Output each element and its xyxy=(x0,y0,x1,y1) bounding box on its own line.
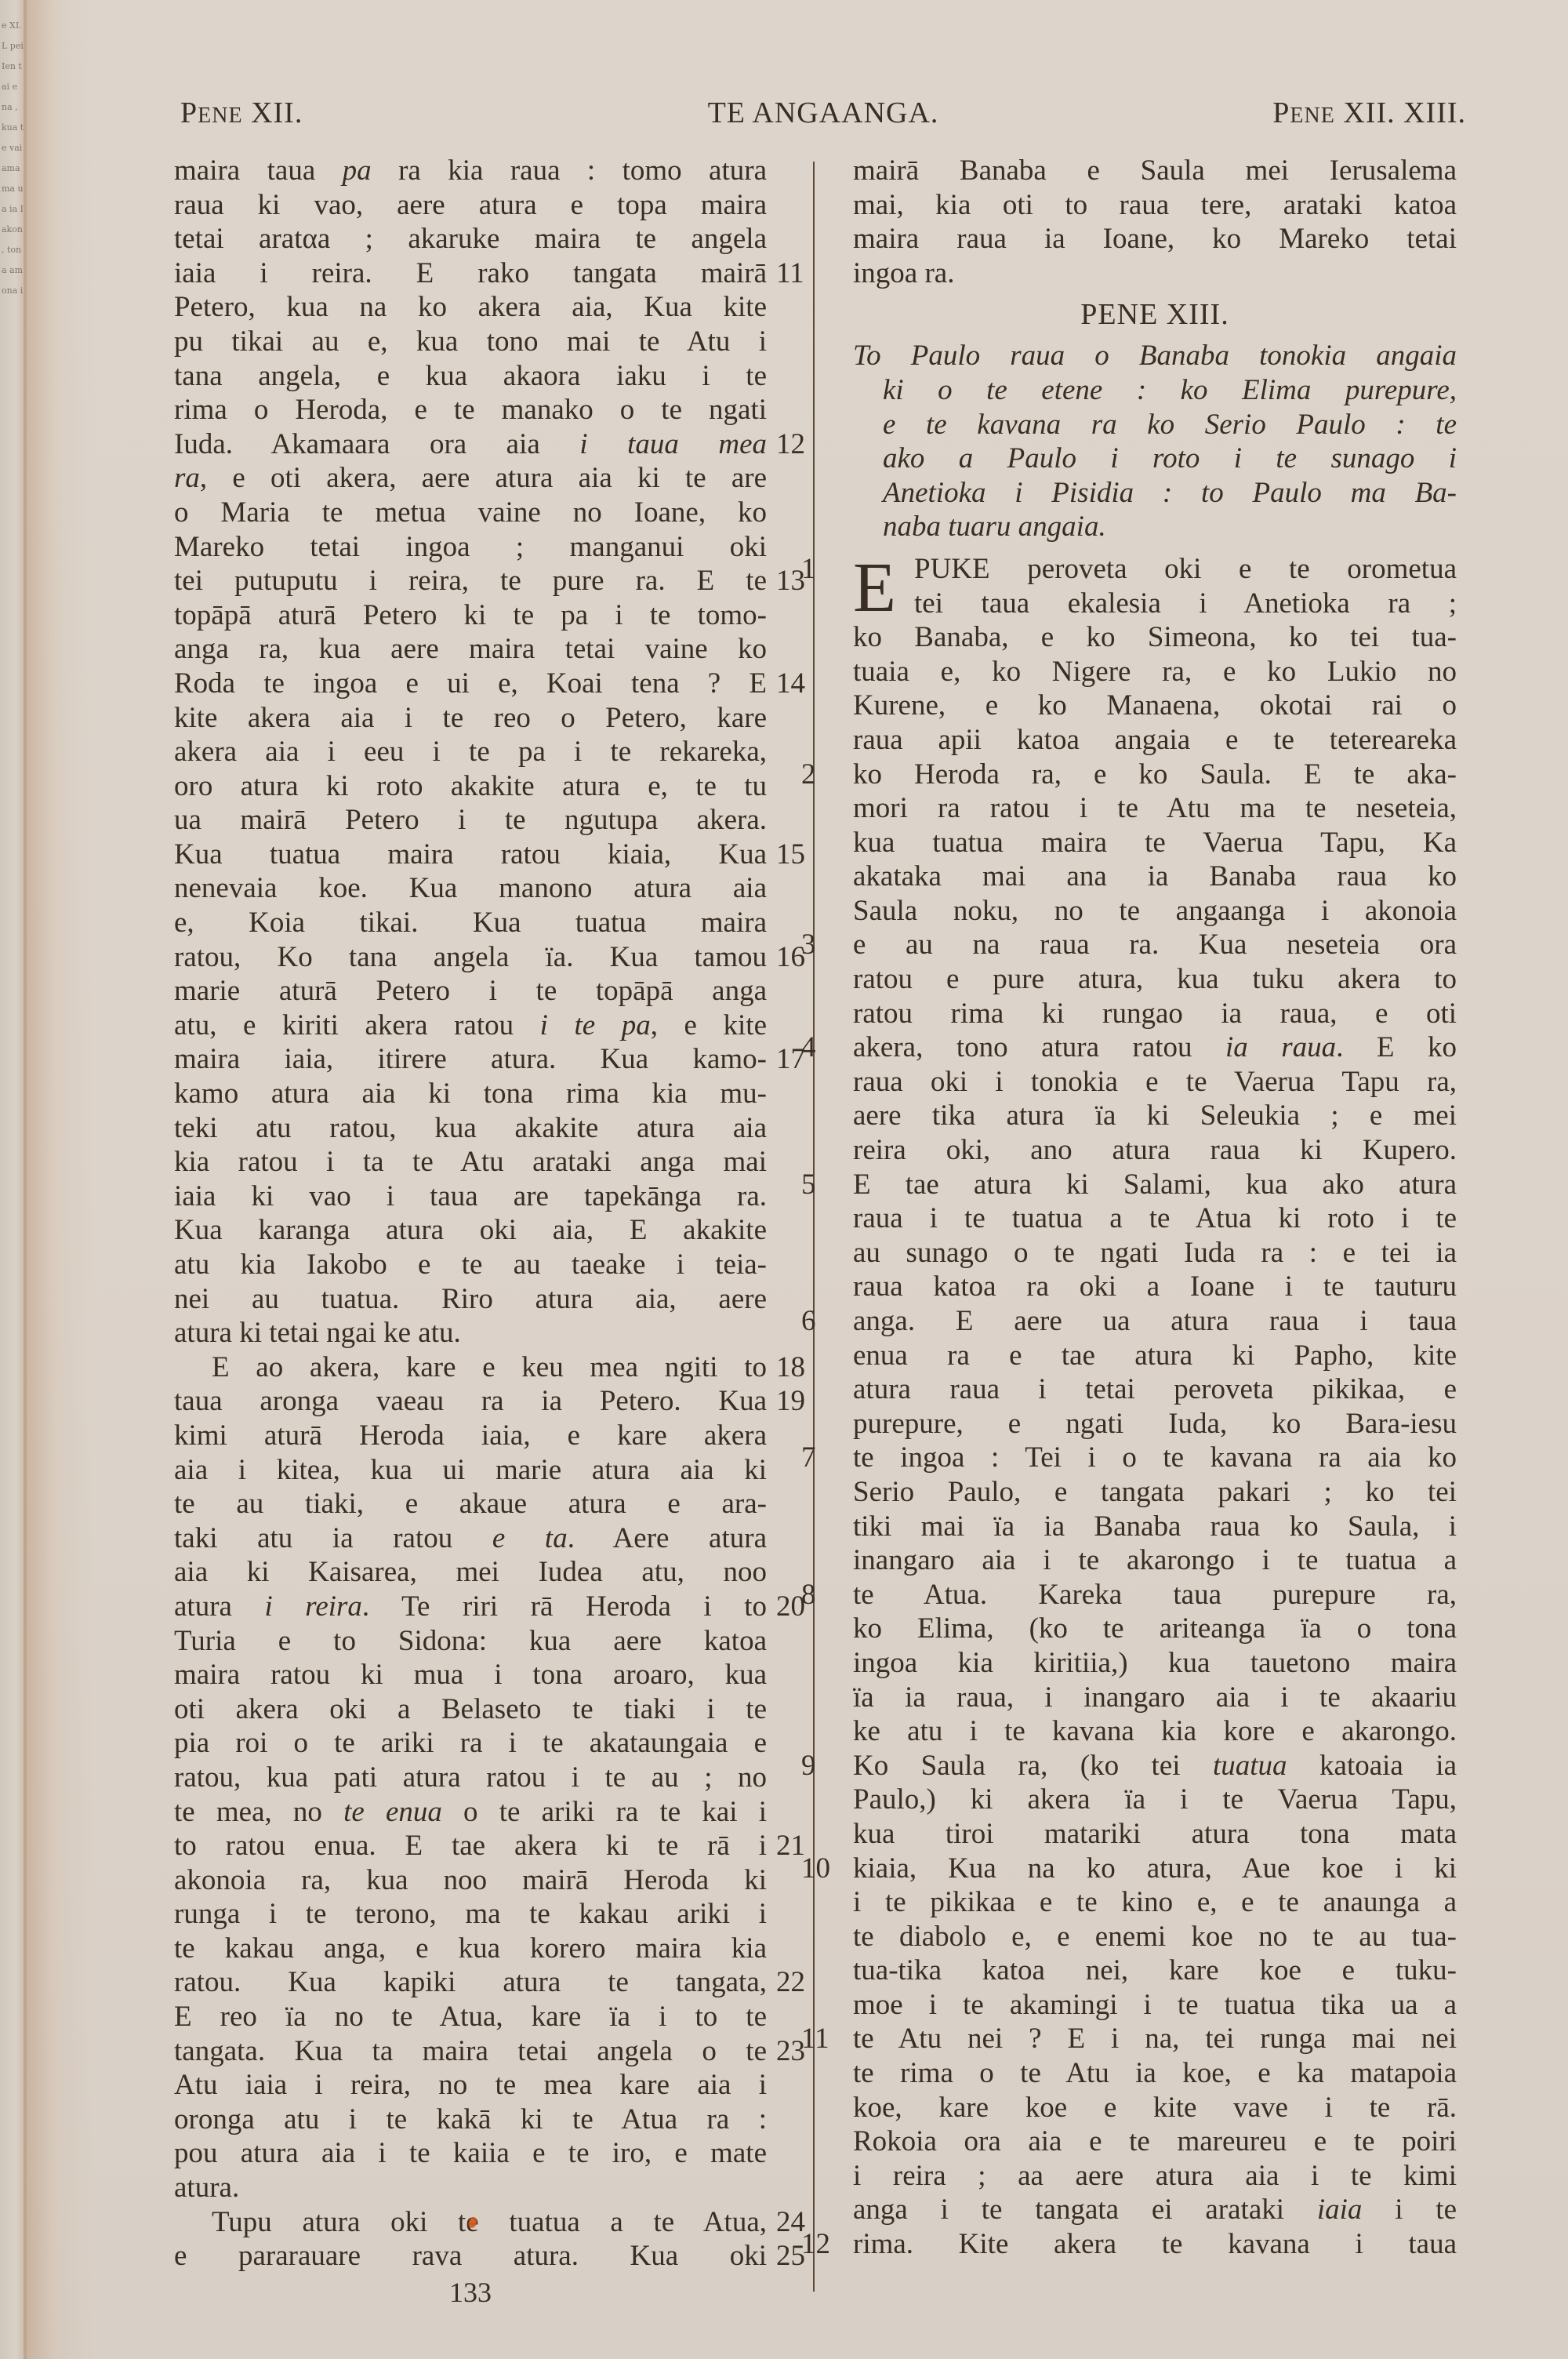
text-line: anga ra, kua aere maira tetai vaine ko xyxy=(174,632,767,667)
line-text: Iuda. Akamaara ora aia i taua mea xyxy=(174,428,767,460)
line-text: maira taua pa ra kia raua : tomo atura xyxy=(174,154,767,187)
line-text: kua tuatua maira te Vaerua Tapu, Ka xyxy=(853,827,1457,859)
text-line: Petero, kua na ko akera aia, Kua kite xyxy=(174,290,767,325)
verse-number: 12 xyxy=(776,427,823,462)
line-text: tana angela, e kua akaora iaku i te xyxy=(174,360,767,392)
verse-number: 9 xyxy=(801,1749,842,1783)
text-line: taua aronga vaeau ra ia Petero. Kua19 xyxy=(174,1384,767,1419)
summary-line: e te kavana ra ko Serio Paulo : te xyxy=(853,408,1457,442)
line-text: atura. xyxy=(174,2172,239,2204)
line-text: rima o Heroda, e te manako o te ngati xyxy=(174,394,767,426)
line-text: e pararauare rava atura. Kua oki xyxy=(174,2240,767,2272)
line-text: akonoia ra, kua noo mairā Heroda ki xyxy=(174,1864,767,1896)
text-line: ingoa kia kiritiia,) kua tauetono maira xyxy=(853,1646,1457,1681)
line-text: aia ki Kaisarea, mei Iudea atu, noo xyxy=(174,1556,767,1588)
text-line: mairā Banaba e Saula mei Ierusalema xyxy=(853,154,1457,188)
text-line: akonoia ra, kua noo mairā Heroda ki xyxy=(174,1863,767,1898)
line-text: anga. E aere ua atura raua i taua xyxy=(853,1305,1457,1337)
line-text: runga i te terono, ma te kakau ariki i xyxy=(174,1898,767,1930)
line-text: PUKE peroveta oki e te orometua xyxy=(914,553,1457,585)
text-line: kite akera aia i te reo o Petero, kare xyxy=(174,701,767,736)
line-text: Mareko tetai ingoa ; manganui oki xyxy=(174,531,767,563)
text-line: maira taua pa ra kia raua : tomo atura xyxy=(174,154,767,188)
text-line: teki atu ratou, kua akakite atura aia xyxy=(174,1111,767,1146)
text-line: te Atua. Kareka taua purepure ra,8 xyxy=(853,1578,1457,1612)
text-line: tua-tika katoa nei, kare koe e tuku- xyxy=(853,1954,1457,1988)
text-line: raua ki vao, aere atura e topa maira xyxy=(174,188,767,223)
line-text: atu kia Iakobo e te au taeake i teia- xyxy=(174,1249,767,1281)
verse-number: 11 xyxy=(801,2022,842,2056)
line-text: teki atu ratou, kua akakite atura aia xyxy=(174,1112,767,1144)
line-text: kua tiroi matariki atura tona mata xyxy=(853,1818,1457,1850)
text-line: tuaia e, ko Nigere ra, e ko Lukio no xyxy=(853,655,1457,689)
line-text: ke atu i te kavana kia kore e akarongo. xyxy=(853,1715,1457,1747)
text-line: e au na raua ra. Kua neseteia ora3 xyxy=(853,928,1457,962)
text-line: ïa ia raua, i inangaro aia i te akaariu xyxy=(853,1681,1457,1715)
verse-number: 7 xyxy=(801,1441,842,1475)
line-text: kiaia, Kua na ko atura, Aue koe i ki xyxy=(853,1852,1457,1885)
line-text: kamo atura aia ki tona rima kia mu- xyxy=(174,1078,767,1110)
verse-number: 12 xyxy=(801,2227,842,2262)
verse-number: 14 xyxy=(776,667,823,701)
text-line: tana angela, e kua akaora iaku i te xyxy=(174,359,767,394)
chapter-title: PENE XIII. xyxy=(853,295,1457,334)
line-text: te ingoa : Tei i o te kavana ra aia ko xyxy=(853,1441,1457,1474)
italic-text: i reira xyxy=(264,1590,361,1623)
verse-number: 5 xyxy=(801,1168,842,1202)
verse-1-line-1: 1 E PUKE peroveta oki e te orometua xyxy=(853,552,1457,587)
line-text: ko Elima, (ko te ariteanga ïa o tona xyxy=(853,1612,1457,1645)
summary-line: naba tuaru angaia. xyxy=(853,510,1457,544)
text-line: oronga atu i te kakā ki te Atua ra : xyxy=(174,2103,767,2137)
text-line: maira ratou ki mua i tona aroaro, kua xyxy=(174,1658,767,1692)
text-line: aere tika atura ïa ki Seleukia ; e mei xyxy=(853,1099,1457,1133)
line-text: i te pikikaa e te kino e, e te anaunga a xyxy=(853,1886,1457,1918)
line-text: ratou. Kua kapiki atura te tangata, xyxy=(174,1966,767,1998)
line-text: moe i te akamingi i te tuatua tika ua a xyxy=(853,1989,1457,2021)
text-line: pu tikai au e, kua tono mai te Atu i xyxy=(174,325,767,359)
line-text: raua i te tuatua a te Atua ki roto i te xyxy=(853,1202,1457,1234)
text-line: Atu iaia i reira, no te mea kare aia i xyxy=(174,2068,767,2103)
text-line: ratou. Kua kapiki atura te tangata,22 xyxy=(174,1965,767,2000)
line-text: e, Koia tikai. Kua tuatua maira xyxy=(174,907,767,939)
italic-text: ia raua xyxy=(1225,1031,1336,1063)
text-line: oti akera oki a Belaseto te tiaki i te xyxy=(174,1692,767,1727)
line-text: marie aturā Petero i te topāpā anga xyxy=(174,975,767,1007)
line-text: ratou rima ki rungao ia raua, e oti xyxy=(853,998,1457,1030)
line-text: Atu iaia i reira, no te mea kare aia i xyxy=(174,2069,767,2101)
line-text: aia i kitea, kua ui marie atura aia ki xyxy=(174,1454,767,1486)
text-line: raua apii katoa angaia e te tetereareka xyxy=(853,723,1457,758)
text-line: tei putuputu i reira, te pure ra. E te13 xyxy=(174,564,767,598)
chapter-12-ending: mairā Banaba e Saula mei Ierusalemamai, … xyxy=(853,154,1457,290)
text-line: Ko Saula ra, (ko tei tuatua katoaia ia9 xyxy=(853,1749,1457,1783)
line-text: ua mairā Petero i te ngutupa akera. xyxy=(174,804,767,836)
line-text: akataka mai ana ia Banaba raua ko xyxy=(853,860,1457,892)
verse-number: 18 xyxy=(776,1350,823,1385)
text-line: akera aia i eeu i te pa i te rekareka, xyxy=(174,735,767,769)
line-text: ïa ia raua, i inangaro aia i te akaariu xyxy=(853,1681,1457,1714)
text-line: to ratou enua. E tae akera ki te rā i21 xyxy=(174,1829,767,1863)
text-line: atura ki tetai ngai ke atu. xyxy=(174,1316,767,1350)
text-line: ratou, kua pati atura ratou i te au ; no xyxy=(174,1761,767,1795)
text-line: nei au tuatua. Riro atura aia, aere xyxy=(174,1282,767,1317)
left-column: maira taua pa ra kia raua : tomo aturara… xyxy=(174,154,767,2274)
line-text: taki atu ia ratou e ta. Aere atura xyxy=(174,1522,767,1554)
line-text: nei au tuatua. Riro atura aia, aere xyxy=(174,1283,767,1315)
line-text: raua katoa ra oki a Ioane i te tauturu xyxy=(853,1270,1457,1303)
text-line: aia i kitea, kua ui marie atura aia ki xyxy=(174,1453,767,1488)
line-text: Serio Paulo, e tangata pakari ; ko tei xyxy=(853,1476,1457,1508)
line-text: ratou e pure atura, kua tuku akera to xyxy=(853,963,1457,995)
line-text: maira raua ia Ioane, ko Mareko tetai xyxy=(853,223,1457,255)
verse-number: 4 xyxy=(801,1030,842,1065)
italic-text: iaia xyxy=(1317,2194,1363,2226)
text-line: E reo ïa no te Atua, kare ïa i to te xyxy=(174,2000,767,2034)
text-line: pia roi o te ariki ra i te akataungaia e xyxy=(174,1726,767,1761)
text-line: iaia ki vao i taua are tapekānga ra. xyxy=(174,1179,767,1214)
line-text: pou atura aia i te kaiia e te iro, e mat… xyxy=(174,2137,767,2169)
text-line: koe, kare koe e kite vave i te rā. xyxy=(853,2091,1457,2125)
text-line: ra, e oti akera, aere atura aia ki te ar… xyxy=(174,461,767,496)
text-line: i reira ; aa aere atura aia i te kimi xyxy=(853,2159,1457,2194)
text-line: iaia i reira. E rako tangata mairā11 xyxy=(174,256,767,291)
text-line: tangata. Kua ta maira tetai angela o te2… xyxy=(174,2034,767,2069)
verse-number: 15 xyxy=(776,838,823,872)
text-line: akera, tono atura ratou ia raua. E ko4 xyxy=(853,1030,1457,1065)
text-line: runga i te terono, ma te kakau ariki i xyxy=(174,1897,767,1932)
italic-text: pa xyxy=(343,154,372,187)
text-line: o Maria te metua vaine no Ioane, ko xyxy=(174,496,767,530)
text-line: rima. Kite akera te kavana i taua12 xyxy=(853,2227,1457,2262)
text-line: kimi aturā Heroda iaia, e kare akera xyxy=(174,1419,767,1453)
line-text: mai, kia oti to raua tere, arataki katoa xyxy=(853,189,1457,221)
text-line: te rima o te Atu ia koe, e ka matapoia xyxy=(853,2056,1457,2091)
text-line: Serio Paulo, e tangata pakari ; ko tei xyxy=(853,1475,1457,1510)
line-text: anga i te tangata ei arataki iaia i te xyxy=(853,2194,1457,2226)
text-line: Kurene, e ko Manaena, okotai rai o xyxy=(853,689,1457,723)
text-line: raua oki i tonokia e te Vaerua Tapu ra, xyxy=(853,1065,1457,1100)
line-text: ko Heroda ra, e ko Saula. E te aka- xyxy=(853,758,1457,791)
facing-page-text-fragment: e XI. L pei Ien tai e na , kua te vai am… xyxy=(2,16,25,298)
line-text: ko Banaba, e ko Simeona, ko tei tua- xyxy=(853,621,1457,653)
line-text: te diabolo e, e enemi koe no te au tua- xyxy=(853,1921,1457,1953)
text-line: mori ra ratou i te Atu ma te neseteia, xyxy=(853,791,1457,826)
line-text: E reo ïa no te Atua, kare ïa i to te xyxy=(174,2001,767,2033)
line-text: taua aronga vaeau ra ia Petero. Kua xyxy=(174,1385,767,1417)
text-line: kiaia, Kua na ko atura, Aue koe i ki10 xyxy=(853,1852,1457,1886)
summary-line: To Paulo raua o Banaba tonokia angaia xyxy=(853,339,1457,373)
line-text: Roda te ingoa e ui e, Koai tena ? E xyxy=(174,667,767,700)
text-line: inangaro aia i te akarongo i te tuatua a xyxy=(853,1543,1457,1578)
text-line: te ingoa : Tei i o te kavana ra aia ko7 xyxy=(853,1441,1457,1475)
text-line: te diabolo e, e enemi koe no te au tua- xyxy=(853,1920,1457,1954)
text-line: ko Elima, (ko te ariteanga ïa o tona xyxy=(853,1612,1457,1646)
line-text: tetai aratαa ; akaruke maira te angela xyxy=(174,223,767,255)
line-text: te au tiaki, e akaue atura e ara- xyxy=(174,1488,767,1520)
line-text: iaia i reira. E rako tangata mairā xyxy=(174,257,767,289)
line-text: Rokoia ora aia e te mareureu e te poiri xyxy=(853,2125,1457,2157)
line-text: koe, kare koe e kite vave i te rā. xyxy=(853,2092,1457,2124)
text-line: pou atura aia i te kaiia e te iro, e mat… xyxy=(174,2136,767,2171)
text-line: aia ki Kaisarea, mei Iudea atu, noo xyxy=(174,1555,767,1590)
line-text: te rima o te Atu ia koe, e ka matapoia xyxy=(853,2057,1457,2089)
line-text: akera aia i eeu i te pa i te rekareka, xyxy=(174,736,767,768)
text-line: e, Koia tikai. Kua tuatua maira xyxy=(174,906,767,940)
line-text: Petero, kua na ko akera aia, Kua kite xyxy=(174,291,767,323)
text-line: topāpā aturā Petero ki te pa i te tomo- xyxy=(174,598,767,633)
verse-number: 3 xyxy=(801,928,842,962)
text-line: oro atura ki roto akakite atura e, te tu xyxy=(174,769,767,804)
line-text: anga ra, kua aere maira tetai vaine ko xyxy=(174,633,767,665)
line-text: oro atura ki roto akakite atura e, te tu xyxy=(174,770,767,802)
text-line: kua tiroi matariki atura tona mata xyxy=(853,1817,1457,1852)
text-line: E tae atura ki Salami, kua ako atura5 xyxy=(853,1168,1457,1202)
line-text: oronga atu i te kakā ki te Atua ra : xyxy=(174,2103,767,2135)
verse-number: 8 xyxy=(801,1578,842,1612)
text-line: enua ra e tae atura ki Papho, kite xyxy=(853,1339,1457,1373)
line-text: tuaia e, ko Nigere ra, e ko Lukio no xyxy=(853,656,1457,688)
text-line: anga i te tangata ei arataki iaia i te xyxy=(853,2193,1457,2227)
text-line: raua i te tuatua a te Atua ki roto i te xyxy=(853,1201,1457,1236)
text-line: tetai aratαa ; akaruke maira te angela xyxy=(174,222,767,256)
italic-text: tuatua xyxy=(1213,1750,1287,1782)
running-head-right: PENE XII. XIII. xyxy=(1272,96,1466,130)
line-text: Kua tuatua maira ratou kiaia, Kua xyxy=(174,838,767,871)
text-line: Turia e to Sidona: kua aere katoa xyxy=(174,1624,767,1659)
line-text: inangaro aia i te akarongo i te tuatua a xyxy=(853,1544,1457,1576)
line-text: o Maria te metua vaine no Ioane, ko xyxy=(174,496,767,529)
running-head: PENE XII. TE ANGAANGA. PENE XII. XIII. xyxy=(180,96,1466,135)
text-line: atura i reira. Te riri rā Heroda i to20 xyxy=(174,1590,767,1624)
text-line: akataka mai ana ia Banaba raua ko xyxy=(853,860,1457,894)
line-text: i reira ; aa aere atura aia i te kimi xyxy=(853,2160,1457,2192)
verse-number: 2 xyxy=(801,758,842,792)
text-line: anga. E aere ua atura raua i taua6 xyxy=(853,1304,1457,1339)
line-text: raua apii katoa angaia e te tetereareka xyxy=(853,724,1457,756)
text-line: Iuda. Akamaara ora aia i taua mea12 xyxy=(174,427,767,462)
verse-number: 1 xyxy=(801,552,842,587)
summary-line: ako a Paulo i roto i te sunago i xyxy=(853,442,1457,476)
line-text: pia roi o te ariki ra i te akataungaia e xyxy=(174,1727,767,1759)
text-line: te au tiaki, e akaue atura e ara- xyxy=(174,1487,767,1521)
line-text: Kurene, e ko Manaena, okotai rai o xyxy=(853,689,1457,722)
line-text: mori ra ratou i te Atu ma te neseteia, xyxy=(853,792,1457,824)
text-line: ke atu i te kavana kia kore e akarongo. xyxy=(853,1714,1457,1749)
line-text: reira oki, ano atura raua ki Kupero. xyxy=(853,1134,1457,1166)
verse-number: 19 xyxy=(776,1384,823,1419)
verse-number: 22 xyxy=(776,1965,823,2000)
verse-number: 11 xyxy=(776,256,823,291)
text-line: te mea, no te enua o te ariki ra te kai … xyxy=(174,1795,767,1830)
line-text: maira iaia, itirere atura. Kua kamo- xyxy=(174,1043,767,1075)
page-number: 133 xyxy=(174,2276,767,2309)
text-line: Kua karanga atura oki aia, E akakite xyxy=(174,1213,767,1248)
chapter-summary: To Paulo raua o Banaba tonokia angaiaki … xyxy=(853,339,1457,544)
text-line: kia ratou i ta te Atu arataki anga mai xyxy=(174,1145,767,1179)
line-text: ingoa kia kiritiia,) kua tauetono maira xyxy=(853,1647,1457,1679)
line-text: purepure, e ngati Iuda, ko Bara-iesu xyxy=(853,1408,1457,1440)
text-line: purepure, e ngati Iuda, ko Bara-iesu xyxy=(853,1407,1457,1441)
line-text: tiki mai ïa ia Banaba raua ko Saula, i xyxy=(853,1510,1457,1543)
text-line: Roda te ingoa e ui e, Koai tena ? E14 xyxy=(174,667,767,701)
line-text: kia ratou i ta te Atu arataki anga mai xyxy=(174,1146,767,1178)
line-text: atu, e kiriti akera ratou i te pa, e kit… xyxy=(174,1009,767,1041)
line-text: ratou, kua pati atura ratou i te au ; no xyxy=(174,1761,767,1794)
line-text: aere tika atura ïa ki Seleukia ; e mei xyxy=(853,1100,1457,1132)
text-line: Paulo,) ki akera ïa i te Vaerua Tapu, xyxy=(853,1783,1457,1817)
italic-text: e ta xyxy=(492,1522,568,1554)
line-text: akera, tono atura ratou ia raua. E ko xyxy=(853,1031,1457,1063)
text-line: marie aturā Petero i te topāpā anga xyxy=(174,974,767,1009)
text-line: Mareko tetai ingoa ; manganui oki xyxy=(174,530,767,565)
line-text: tangata. Kua ta maira tetai angela o te xyxy=(174,2035,767,2067)
text-line: moe i te akamingi i te tuatua tika ua a xyxy=(853,1988,1457,2023)
line-text: raua oki i tonokia e te Vaerua Tapu ra, xyxy=(853,1066,1457,1098)
line-text: Kua karanga atura oki aia, E akakite xyxy=(174,1214,767,1246)
text-line: maira iaia, itirere atura. Kua kamo-17 xyxy=(174,1042,767,1077)
facing-page-edge: e XI. L pei Ien tai e na , kua te vai am… xyxy=(0,0,27,2359)
line-text: tua-tika katoa nei, kare koe e tuku- xyxy=(853,1954,1457,1986)
text-line: ratou rima ki rungao ia raua, e oti xyxy=(853,997,1457,1031)
text-line: rima o Heroda, e te manako o te ngati xyxy=(174,393,767,427)
gutter-shadow xyxy=(24,0,94,2359)
text-line: taki atu ia ratou e ta. Aere atura xyxy=(174,1521,767,1556)
line-text: atura ki tetai ngai ke atu. xyxy=(174,1317,461,1349)
text-line: atura raua i tetai peroveta pikikaa, e xyxy=(853,1372,1457,1407)
text-line: e pararauare rava atura. Kua oki25 xyxy=(174,2239,767,2274)
text-line: ingoa ra. xyxy=(853,256,1457,291)
chapter-13-text: ko Banaba, e ko Simeona, ko tei tua-tuai… xyxy=(853,620,1457,2262)
line-text: E tae atura ki Salami, kua ako atura xyxy=(853,1169,1457,1201)
line-text: iaia ki vao i taua are tapekānga ra. xyxy=(174,1180,767,1212)
text-line: kua tuatua maira te Vaerua Tapu, Ka xyxy=(853,826,1457,860)
text-line: au sunago o te ngati Iuda ra : e tei ia xyxy=(853,1236,1457,1270)
text-line: tiki mai ïa ia Banaba raua ko Saula, i xyxy=(853,1510,1457,1544)
text-line: ko Heroda ra, e ko Saula. E te aka-2 xyxy=(853,758,1457,792)
line-text: raua ki vao, aere atura e topa maira xyxy=(174,189,767,221)
text-line: Saula noku, no te angaanga i akonoia xyxy=(853,894,1457,929)
text-line: kamo atura aia ki tona rima kia mu- xyxy=(174,1077,767,1111)
line-text: Tupu atura oki te tuatua a te Atua, xyxy=(212,2206,767,2238)
line-text: pu tikai au e, kua tono mai te Atu i xyxy=(174,325,767,358)
line-text: kite akera aia i te reo o Petero, kare xyxy=(174,702,767,734)
text-line: ratou e pure atura, kua tuku akera to xyxy=(853,962,1457,997)
summary-line: Anetioka i Pisidia : to Paulo ma Ba- xyxy=(853,476,1457,511)
line-text: atura i reira. Te riri rā Heroda i to xyxy=(174,1590,767,1623)
text-line: E ao akera, kare e keu mea ngiti to18 xyxy=(174,1350,767,1385)
line-text: E ao akera, kare e keu mea ngiti to xyxy=(212,1351,767,1383)
text-line: reira oki, ano atura raua ki Kupero. xyxy=(853,1133,1457,1168)
line-text: tei putuputu i reira, te pure ra. E te xyxy=(174,565,767,597)
verse-number: 10 xyxy=(801,1852,842,1886)
text-line: mai, kia oti to raua tere, arataki katoa xyxy=(853,188,1457,223)
text-line: atu, e kiriti akera ratou i te pa, e kit… xyxy=(174,1009,767,1043)
line-text: Saula noku, no te angaanga i akonoia xyxy=(853,895,1457,927)
line-text: au sunago o te ngati Iuda ra : e tei ia xyxy=(853,1237,1457,1269)
text-line: Rokoia ora aia e te mareureu e te poiri xyxy=(853,2125,1457,2159)
text-line: te kakau anga, e kua korero maira kia xyxy=(174,1932,767,1966)
text-line: te Atu nei ? E i na, tei runga mai nei11 xyxy=(853,2022,1457,2056)
verse-1-line-2: tei taua ekalesia i Anetioka ra ; xyxy=(853,587,1457,621)
italic-text: ra xyxy=(174,462,200,494)
italic-text: te enua xyxy=(343,1796,442,1828)
line-text: ingoa ra. xyxy=(853,257,954,289)
line-text: Paulo,) ki akera ïa i te Vaerua Tapu, xyxy=(853,1783,1457,1816)
line-text: maira ratou ki mua i tona aroaro, kua xyxy=(174,1659,767,1691)
line-text: te kakau anga, e kua korero maira kia xyxy=(174,1932,767,1965)
summary-line: ki o te etene : ko Elima purepure, xyxy=(853,373,1457,408)
text-line: ua mairā Petero i te ngutupa akera. xyxy=(174,803,767,838)
text-line: raua katoa ra oki a Ioane i te tauturu xyxy=(853,1270,1457,1304)
line-text: Ko Saula ra, (ko tei tuatua katoaia ia xyxy=(853,1750,1457,1782)
text-line: ratou, Ko tana angela ïa. Kua tamou16 xyxy=(174,940,767,975)
line-text: rima. Kite akera te kavana i taua xyxy=(853,2228,1457,2260)
line-text: te Atua. Kareka taua purepure ra, xyxy=(853,1579,1457,1611)
line-text: kimi aturā Heroda iaia, e kare akera xyxy=(174,1419,767,1452)
text-line: nenevaia koe. Kua manono atura aia xyxy=(174,871,767,906)
line-text: Turia e to Sidona: kua aere katoa xyxy=(174,1625,767,1657)
line-text: ra, e oti akera, aere atura aia ki te ar… xyxy=(174,462,767,494)
text-line: maira raua ia Ioane, ko Mareko tetai xyxy=(853,222,1457,256)
verse-number: 6 xyxy=(801,1304,842,1339)
line-text: te Atu nei ? E i na, tei runga mai nei xyxy=(853,2023,1457,2055)
text-line: ko Banaba, e ko Simeona, ko tei tua- xyxy=(853,620,1457,655)
text-line: atu kia Iakobo e te au taeake i teia- xyxy=(174,1248,767,1282)
line-text: te mea, no te enua o te ariki ra te kai … xyxy=(174,1796,767,1828)
text-line: i te pikikaa e te kino e, e te anaunga a xyxy=(853,1885,1457,1920)
text-line: Kua tuatua maira ratou kiaia, Kua15 xyxy=(174,838,767,872)
text-line: atura. xyxy=(174,2171,767,2205)
line-text: enua ra e tae atura ki Papho, kite xyxy=(853,1339,1457,1372)
line-text: nenevaia koe. Kua manono atura aia xyxy=(174,872,767,904)
right-column: mairā Banaba e Saula mei Ierusalemamai, … xyxy=(853,154,1457,2262)
line-text: topāpā aturā Petero ki te pa i te tomo- xyxy=(174,599,767,631)
line-text: mairā Banaba e Saula mei Ierusalema xyxy=(853,154,1457,187)
line-text: ratou, Ko tana angela ïa. Kua tamou xyxy=(174,941,767,973)
line-text: to ratou enua. E tae akera ki te rā i xyxy=(174,1830,767,1862)
italic-text: i te pa xyxy=(540,1009,651,1041)
line-text: e au na raua ra. Kua neseteia ora xyxy=(853,929,1457,961)
italic-text: i taua mea xyxy=(579,428,767,460)
line-text: tei taua ekalesia i Anetioka ra ; xyxy=(914,587,1457,620)
line-text: oti akera oki a Belaseto te tiaki i te xyxy=(174,1693,767,1725)
line-text: atura raua i tetai peroveta pikikaa, e xyxy=(853,1373,1457,1405)
